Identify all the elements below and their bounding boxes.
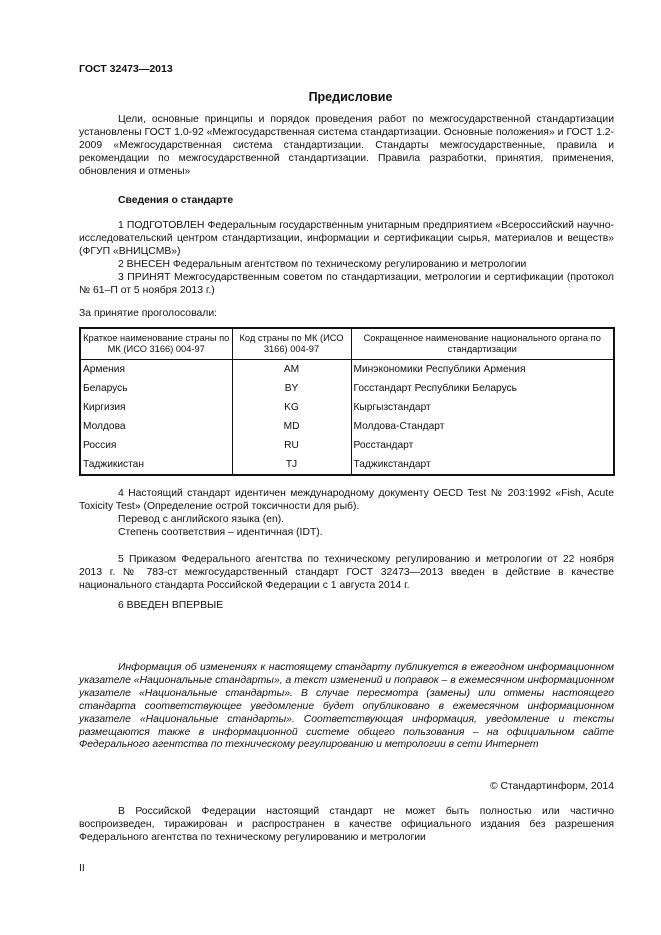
country-code-cell: TJ <box>232 455 351 475</box>
changes-info-block: Информация об изменениях к настоящему ст… <box>79 662 614 752</box>
changes-info: Информация об изменениях к настоящему ст… <box>79 662 614 752</box>
item-3: 3 ПРИНЯТ Межгосударственным советом по с… <box>79 272 614 298</box>
vote-label: За принятие проголосовали: <box>79 308 614 321</box>
country-name-cell: Беларусь <box>80 379 232 398</box>
voting-table: Краткое наименование страны по МК (ИСО 3… <box>79 327 615 476</box>
national-body-cell: Росстандарт <box>351 436 614 455</box>
reproduction-notice: В Российской Федерации настоящий стандар… <box>79 806 614 845</box>
column-header: Сокращенное наименование национального о… <box>351 328 614 360</box>
item-1: 1 ПОДГОТОВЛЕН Федеральным государственны… <box>79 220 614 259</box>
country-name-cell: Молдова <box>80 417 232 436</box>
item-6: 6 ВВЕДЕН ВПЕРВЫЕ <box>79 600 614 613</box>
column-header: Код страны по МК (ИСО 3166) 004-97 <box>232 328 351 360</box>
national-body-cell: Минэкономики Республики Армения <box>351 360 614 380</box>
national-body-cell: Госстандарт Республики Беларусь <box>351 379 614 398</box>
table-header-row: Краткое наименование страны по МК (ИСО 3… <box>80 328 614 360</box>
reproduction-notice-block: В Российской Федерации настоящий стандар… <box>79 806 614 845</box>
table-row: ТаджикистанTJТаджикстандарт <box>80 455 614 475</box>
country-name-cell: Россия <box>80 436 232 455</box>
standard-info: 1 ПОДГОТОВЛЕН Федеральным государственны… <box>79 220 614 297</box>
country-name-cell: Киргизия <box>80 398 232 417</box>
country-code-cell: AM <box>232 360 351 380</box>
table-row: АрменияAMМинэкономики Республики Армения <box>80 360 614 380</box>
country-name-cell: Армения <box>80 360 232 380</box>
table-row: РоссияRUРосстандарт <box>80 436 614 455</box>
table-row: МолдоваMDМолдова-Стандарт <box>80 417 614 436</box>
country-code-cell: RU <box>232 436 351 455</box>
item-5-block: 5 Приказом Федерального агентства по тех… <box>79 554 614 593</box>
national-body-cell: Молдова-Стандарт <box>351 417 614 436</box>
table-row: БеларусьBYГосстандарт Республики Беларус… <box>80 379 614 398</box>
intro-paragraph: Цели, основные принципы и порядок провед… <box>79 114 614 179</box>
country-code-cell: KG <box>232 398 351 417</box>
section-heading: Сведения о стандарте <box>118 195 233 206</box>
country-code-cell: BY <box>232 379 351 398</box>
item-5: 5 Приказом Федерального агентства по тех… <box>79 554 614 593</box>
item-4-block: 4 Настоящий стандарт идентичен междунаро… <box>79 488 614 540</box>
table-row: КиргизияKGКыргызстандарт <box>80 398 614 417</box>
item-2: 2 ВНЕСЕН Федеральным агентством по техни… <box>79 259 614 272</box>
country-name-cell: Таджикистан <box>80 455 232 475</box>
item-4: 4 Настоящий стандарт идентичен междунаро… <box>79 488 614 514</box>
item-4-translation: Перевод с английского языка (en). <box>79 514 614 527</box>
national-body-cell: Таджикстандарт <box>351 455 614 475</box>
copyright: © Стандартинформ, 2014 <box>79 781 614 792</box>
item-4-degree: Степень соответствия – идентичная (IDT). <box>79 527 614 540</box>
page-title: Предисловие <box>0 90 661 104</box>
page-number: II <box>79 863 85 874</box>
country-code-cell: MD <box>232 417 351 436</box>
document-id: ГОСТ 32473—2013 <box>79 63 173 75</box>
column-header: Краткое наименование страны по МК (ИСО 3… <box>80 328 232 360</box>
intro-text: Цели, основные принципы и порядок провед… <box>79 114 614 179</box>
national-body-cell: Кыргызстандарт <box>351 398 614 417</box>
item-6-block: 6 ВВЕДЕН ВПЕРВЫЕ <box>79 600 614 613</box>
